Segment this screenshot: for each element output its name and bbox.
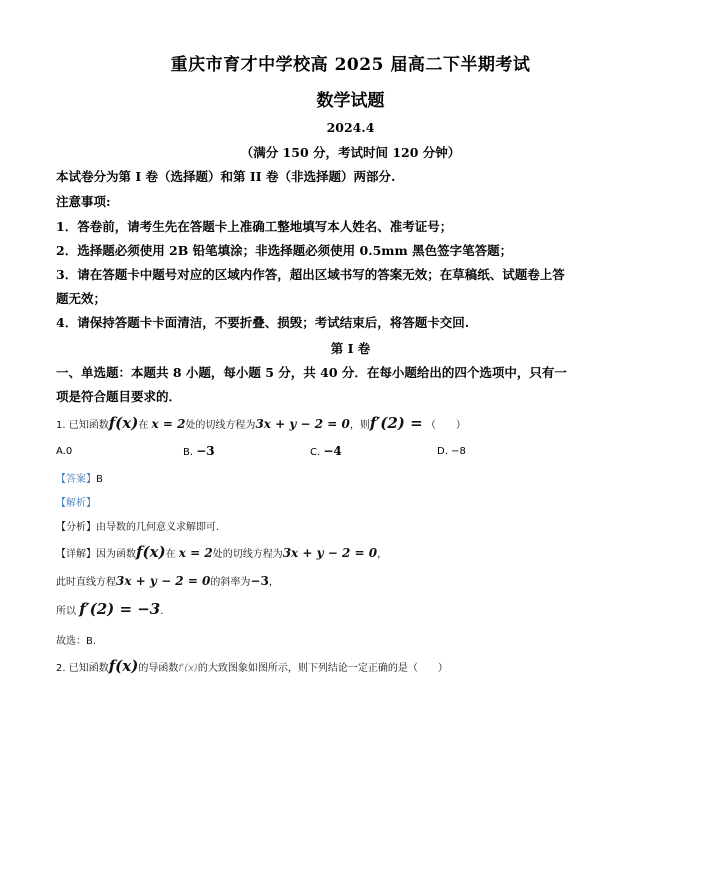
answer-value: B xyxy=(96,474,103,485)
option-c: C. −4 xyxy=(310,444,342,458)
math-line-eq: 3x + y − 2 = 0 xyxy=(116,574,210,588)
slope-text: 的斜率为 xyxy=(210,577,250,588)
slope-text: ， xyxy=(269,577,279,588)
exam-date: 2024.4 xyxy=(0,120,701,135)
option-b: B. −3 xyxy=(183,444,215,458)
answer-line: 【答案】B xyxy=(56,470,103,485)
q2-text: 的大致图象如图所示，则下列结论一定正确的是（ ） xyxy=(198,663,448,674)
math-fprime-result: f′(2) = −3 xyxy=(79,600,160,618)
xiangjie-text: 处的切线方程为 xyxy=(213,549,283,560)
slope-text: 此时直线方程 xyxy=(56,577,116,588)
result-text: . xyxy=(160,606,163,617)
math-x-eq: x = 2 xyxy=(179,546,213,560)
fenxi-line: 【分析】由导数的几何意义求解即可. xyxy=(56,518,219,533)
answer-tag: 【答案】 xyxy=(56,474,96,485)
exam-meta: （满分 150 分，考试时间 120 分钟） xyxy=(0,143,701,161)
note-4: 4．请保持答题卡卡面清洁，不要折叠、损毁；考试结束后，将答题卡交回. xyxy=(56,313,469,331)
math-x-eq: x = 2 xyxy=(152,417,186,431)
math-fprime-2: f′(2) = xyxy=(370,414,423,432)
math-tangent-eq: 3x + y − 2 = 0 xyxy=(255,417,349,431)
option-d: D. −8 xyxy=(437,446,466,457)
question-1: 1. 已知函数f(x)在 x = 2处的切线方程为3x + y − 2 = 0，… xyxy=(56,414,466,432)
answer-paren: （ ） xyxy=(426,420,466,431)
question-number: 1. xyxy=(56,420,66,431)
note-1: 1．答卷前，请考生先在答题卡上准确工整地填写本人姓名、准考证号； xyxy=(56,217,452,235)
slope-line: 此时直线方程3x + y − 2 = 0的斜率为−3， xyxy=(56,573,279,588)
analysis-tag: 【解析】 xyxy=(56,494,96,509)
q1-text: 在 xyxy=(138,420,148,431)
note-2: 2．选择题必须使用 2B 铅笔填涂；非选择题必须使用 0.5mm 黑色签字笔答题… xyxy=(56,241,512,259)
notes-heading: 注意事项: xyxy=(56,192,111,210)
fenxi-text: 由导数的几何意义求解即可. xyxy=(96,522,219,533)
fenxi-tag: 【分析】 xyxy=(56,522,96,533)
question-2: 2. 已知函数f(x)的导函数f′(x)的大致图象如图所示，则下列结论一定正确的… xyxy=(56,657,448,675)
math-fprime-x: f′(x) xyxy=(178,663,198,674)
section-instruction-cont: 项是符合题目要求的． xyxy=(56,387,181,405)
q1-text: 处的切线方程为 xyxy=(185,420,255,431)
xiangjie-text: 因为函数 xyxy=(96,549,136,560)
math-fx: f(x) xyxy=(136,543,166,561)
xiangjie-tag: 【详解】 xyxy=(56,549,96,560)
exam-title: 重庆市育才中学校高 2025 届高二下半期考试 xyxy=(0,50,701,75)
note-3: 3．请在答题卡中题号对应的区域内作答，超出区域书写的答案无效；在草稿纸、试题卷上… xyxy=(56,265,565,283)
math-tangent-eq: 3x + y − 2 = 0 xyxy=(283,546,377,560)
result-line: 所以 f′(2) = −3. xyxy=(56,600,163,618)
q1-text: 已知函数 xyxy=(69,420,109,431)
q2-text: 的导函数 xyxy=(138,663,178,674)
option-value: 0 xyxy=(66,446,72,457)
option-value: −3 xyxy=(196,444,214,458)
xiangjie-line: 【详解】因为函数f(x)在 x = 2处的切线方程为3x + y − 2 = 0… xyxy=(56,543,387,561)
math-fx: f(x) xyxy=(109,657,139,675)
note-3-cont: 题无效； xyxy=(56,289,106,307)
result-text: 所以 xyxy=(56,606,76,617)
volume-heading: 第 I 卷 xyxy=(0,339,701,357)
xiangjie-text: ， xyxy=(377,549,387,560)
option-label: D. xyxy=(437,446,448,457)
conclusion-line: 故选：B. xyxy=(56,632,96,647)
slope-value: −3 xyxy=(250,574,268,588)
option-label: B. xyxy=(183,447,193,458)
option-a: A.0 xyxy=(56,446,72,457)
question-number: 2. xyxy=(56,663,66,674)
paper-structure: 本试卷分为第 I 卷（选择题）和第 II 卷（非选择题）两部分. xyxy=(56,167,395,185)
option-value: −8 xyxy=(451,446,466,457)
option-value: −4 xyxy=(323,444,341,458)
xiangjie-text: 在 xyxy=(166,549,176,560)
q1-text: ，则 xyxy=(350,420,370,431)
math-fx: f(x) xyxy=(109,414,139,432)
section-instruction: 一、单选题：本题共 8 小题，每小题 5 分，共 40 分．在每小题给出的四个选… xyxy=(56,363,567,381)
subject-title: 数学试题 xyxy=(0,86,701,111)
option-label: A. xyxy=(56,446,66,457)
option-label: C. xyxy=(310,447,320,458)
q2-text: 已知函数 xyxy=(69,663,109,674)
